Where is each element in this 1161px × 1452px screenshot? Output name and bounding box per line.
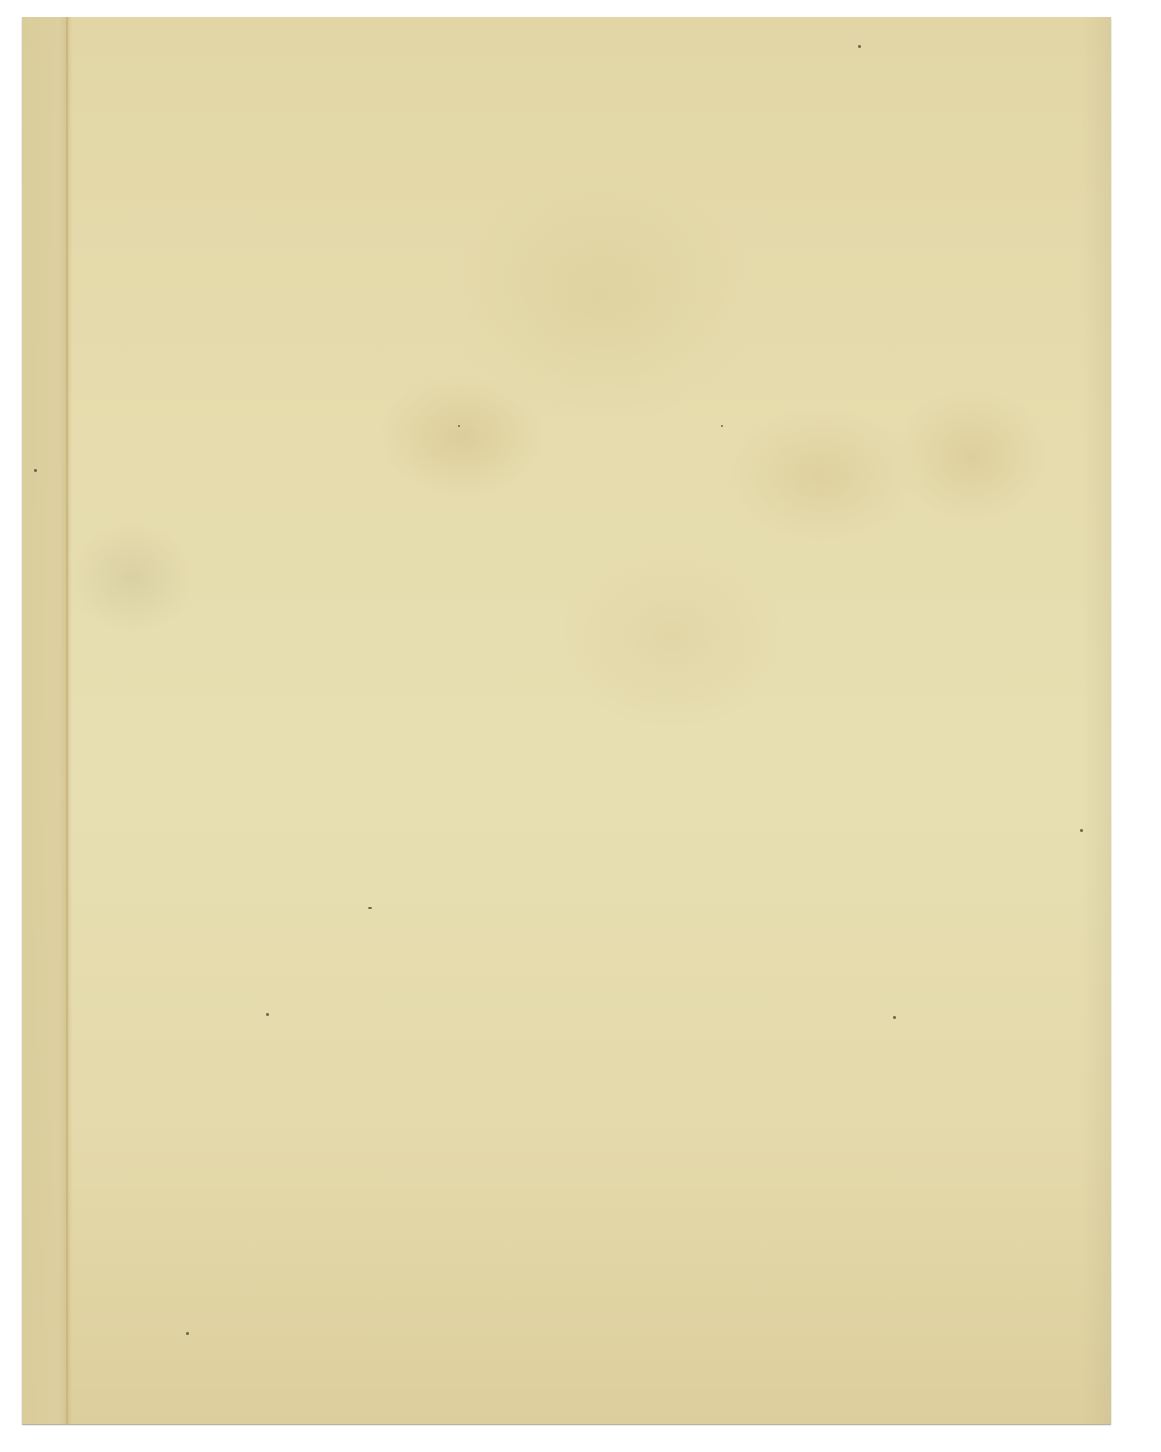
aged-paper-sheet — [22, 17, 1111, 1424]
paper-speck — [34, 469, 37, 472]
binding-strip — [22, 17, 68, 1424]
paper-speck — [266, 1013, 269, 1016]
paper-speck — [721, 425, 723, 427]
paper-speck — [858, 45, 861, 48]
paper-speck — [1080, 829, 1083, 832]
paper-speck — [893, 1016, 896, 1019]
paper-speck — [458, 425, 460, 427]
paper-speck — [368, 907, 372, 909]
right-edge-shade — [1081, 17, 1111, 1424]
background — [0, 0, 1161, 1452]
paper-speck — [186, 1332, 189, 1335]
binding-fold-shadow — [66, 17, 72, 1424]
